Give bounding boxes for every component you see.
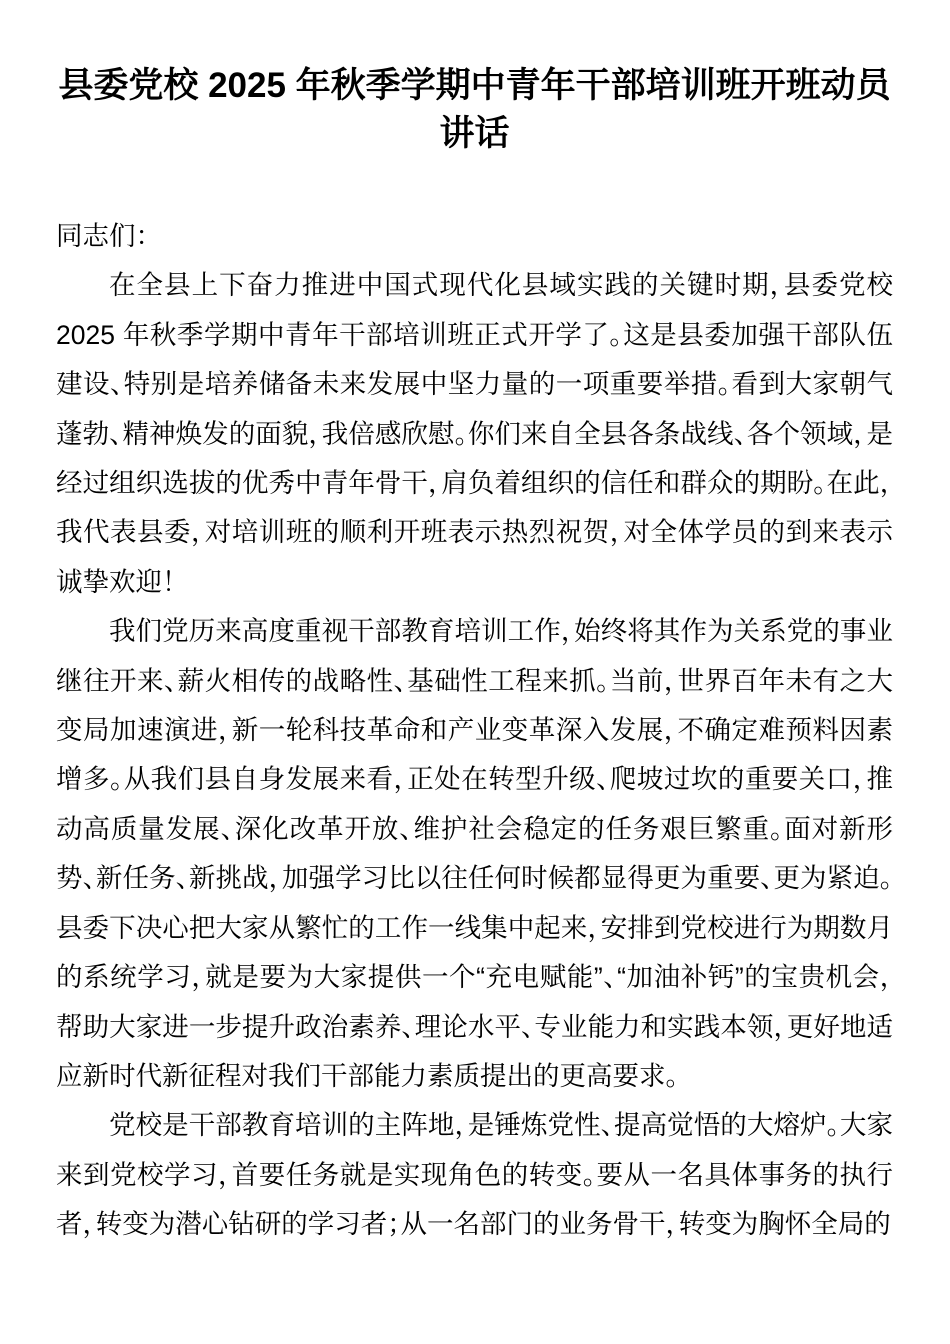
paragraph-1: 在全县上下奋力推进中国式现代化县域实践的关键时期，县委党校 2025 年秋季学期…: [56, 261, 893, 607]
document-title: 县委党校 2025 年秋季学期中青年干部培训班开班动员讲话: [56, 62, 893, 158]
document-page: 县委党校 2025 年秋季学期中青年干部培训班开班动员讲话 同志们： 在全县上下…: [0, 0, 950, 1344]
salutation-line: 同志们：: [56, 212, 893, 261]
document-body: 同志们： 在全县上下奋力推进中国式现代化县域实践的关键时期，县委党校 2025 …: [56, 212, 893, 1250]
paragraph-2: 我们党历来高度重视干部教育培训工作，始终将其作为关系党的事业继往开来、薪火相传的…: [56, 607, 893, 1101]
paragraph-3: 党校是干部教育培训的主阵地，是锤炼党性、提高觉悟的大熔炉。大家来到党校学习，首要…: [56, 1101, 893, 1249]
